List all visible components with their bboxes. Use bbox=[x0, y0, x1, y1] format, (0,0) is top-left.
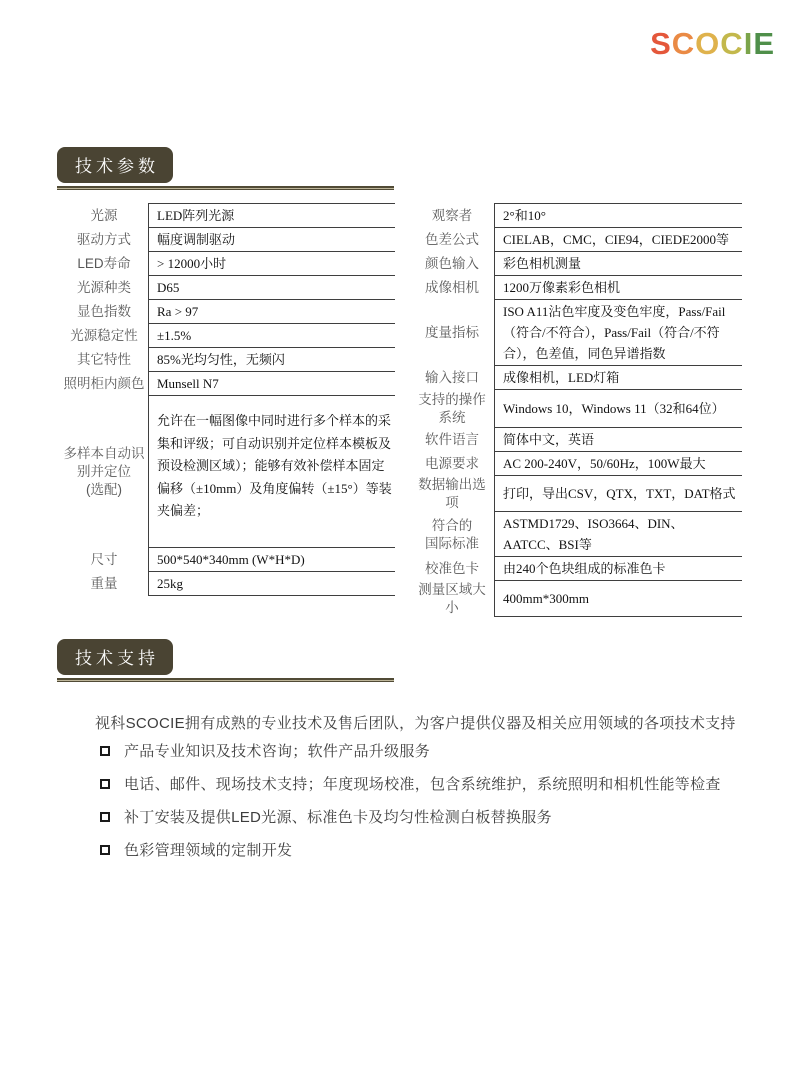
table-row: 显色指数 Ra > 97 bbox=[60, 300, 395, 324]
spec-value: D65 bbox=[148, 276, 395, 300]
table-row: 软件语言 简体中文，英语 bbox=[410, 428, 742, 452]
spec-value: 500*540*340mm (W*H*D) bbox=[148, 548, 395, 572]
bullet-text: 色彩管理领域的定制开发 bbox=[124, 842, 292, 860]
spec-label: 观察者 bbox=[410, 203, 494, 228]
spec-label: 颜色输入 bbox=[410, 252, 494, 276]
table-row: 光源种类 D65 bbox=[60, 276, 395, 300]
support-bullet-list: 产品专业知识及技术咨询；软件产品升级服务 电话、邮件、现场技术支持；年度现场校准… bbox=[99, 743, 743, 875]
spec-label: 显色指数 bbox=[60, 300, 148, 324]
spec-label: 照明柜内颜色 bbox=[60, 372, 148, 396]
spec-value: 2°和10° bbox=[494, 203, 742, 228]
spec-label: 软件语言 bbox=[410, 428, 494, 452]
table-row: 输入接口 成像相机，LED灯箱 bbox=[410, 366, 742, 390]
spec-value: AC 200-240V，50/60Hz，100W最大 bbox=[494, 452, 742, 476]
table-row: 校准色卡 由240个色块组成的标准色卡 bbox=[410, 557, 742, 581]
table-row: 符合的 国际标准 ASTMD1729、ISO3664、DIN、AATCC、BSI… bbox=[410, 512, 742, 557]
spec-label: 输入接口 bbox=[410, 366, 494, 390]
spec-value: 幅度调制驱动 bbox=[148, 228, 395, 252]
spec-value: Windows 10，Windows 11（32和64位） bbox=[494, 390, 742, 428]
bullet-text: 产品专业知识及技术咨询；软件产品升级服务 bbox=[124, 743, 430, 761]
spec-label: 符合的 国际标准 bbox=[410, 512, 494, 557]
table-row: 度量指标 ISO A11沾色牢度及变色牢度，Pass/Fail（符合/不符合），… bbox=[410, 300, 742, 366]
table-row: 其它特性 85%光均匀性，无频闪 bbox=[60, 348, 395, 372]
spec-tables: 光源 LED阵列光源 驱动方式 幅度调制驱动 LED寿命 > 12000小时 光… bbox=[60, 203, 742, 617]
list-item: 电话、邮件、现场技术支持；年度现场校准，包含系统维护，系统照明和相机性能等检查 bbox=[99, 776, 743, 794]
logo-letter: I bbox=[744, 26, 754, 61]
spec-label: 度量指标 bbox=[410, 300, 494, 366]
table-row: 光源稳定性 ±1.5% bbox=[60, 324, 395, 348]
table-row: 色差公式 CIELAB，CMC，CIE94，CIEDE2000等 bbox=[410, 228, 742, 252]
datasheet-page: SCOCIE 技术参数 光源 LED阵列光源 驱动方式 幅度调制驱动 LED寿命… bbox=[0, 0, 801, 1085]
spec-label: 重量 bbox=[60, 572, 148, 596]
table-row: 重量 25kg bbox=[60, 572, 395, 596]
spec-label: 电源要求 bbox=[410, 452, 494, 476]
spec-label: 尺寸 bbox=[60, 548, 148, 572]
spec-value: 25kg bbox=[148, 572, 395, 596]
spec-label: 支持的操作系统 bbox=[410, 390, 494, 428]
spec-value: 1200万像素彩色相机 bbox=[494, 276, 742, 300]
table-row: 支持的操作系统 Windows 10，Windows 11（32和64位） bbox=[410, 390, 742, 428]
section-title-tech-support: 技术支持 bbox=[57, 639, 173, 675]
spec-value: 打印，导出CSV，QTX，TXT，DAT格式 bbox=[494, 476, 742, 512]
spec-label: 驱动方式 bbox=[60, 228, 148, 252]
table-row: 成像相机 1200万像素彩色相机 bbox=[410, 276, 742, 300]
spec-table-left: 光源 LED阵列光源 驱动方式 幅度调制驱动 LED寿命 > 12000小时 光… bbox=[60, 203, 395, 596]
spec-value: 允许在一幅图像中同时进行多个样本的采集和评级；可自动识别并定位样本模板及预设检测… bbox=[148, 396, 395, 548]
table-row: 颜色输入 彩色相机测量 bbox=[410, 252, 742, 276]
spec-value: Munsell N7 bbox=[148, 372, 395, 396]
logo-letter: O bbox=[695, 26, 720, 61]
spec-value: 简体中文，英语 bbox=[494, 428, 742, 452]
logo-letter: C bbox=[672, 26, 695, 61]
spec-table-right: 观察者 2°和10° 色差公式 CIELAB，CMC，CIE94，CIEDE20… bbox=[410, 203, 742, 617]
bullet-text: 补丁安装及提供LED光源、标准色卡及均匀性检测白板替换服务 bbox=[124, 809, 552, 827]
spec-value: > 12000小时 bbox=[148, 252, 395, 276]
spec-value: ±1.5% bbox=[148, 324, 395, 348]
spec-label: 测量区域大小 bbox=[410, 581, 494, 617]
table-row: 电源要求 AC 200-240V，50/60Hz，100W最大 bbox=[410, 452, 742, 476]
table-row: 观察者 2°和10° bbox=[410, 203, 742, 228]
spec-value: 彩色相机测量 bbox=[494, 252, 742, 276]
section-title-tech-params: 技术参数 bbox=[57, 147, 173, 183]
spec-value: LED阵列光源 bbox=[148, 203, 395, 228]
spec-value: 由240个色块组成的标准色卡 bbox=[494, 557, 742, 581]
table-row: 光源 LED阵列光源 bbox=[60, 203, 395, 228]
table-row: 测量区域大小 400mm*300mm bbox=[410, 581, 742, 617]
spec-value: 85%光均匀性，无频闪 bbox=[148, 348, 395, 372]
bullet-square-icon bbox=[100, 746, 110, 756]
bullet-text: 电话、邮件、现场技术支持；年度现场校准，包含系统维护，系统照明和相机性能等检查 bbox=[124, 776, 721, 794]
spec-value: 400mm*300mm bbox=[494, 581, 742, 617]
spec-label: 数据输出选项 bbox=[410, 476, 494, 512]
spec-label: LED寿命 bbox=[60, 252, 148, 276]
list-item: 补丁安装及提供LED光源、标准色卡及均匀性检测白板替换服务 bbox=[99, 809, 743, 827]
table-row: 驱动方式 幅度调制驱动 bbox=[60, 228, 395, 252]
table-row: 尺寸 500*540*340mm (W*H*D) bbox=[60, 548, 395, 572]
logo-letter: E bbox=[753, 26, 775, 61]
list-item: 产品专业知识及技术咨询；软件产品升级服务 bbox=[99, 743, 743, 761]
divider-tech-params bbox=[57, 186, 394, 190]
logo: SCOCIE bbox=[650, 26, 775, 62]
table-row: 数据输出选项 打印，导出CSV，QTX，TXT，DAT格式 bbox=[410, 476, 742, 512]
table-row: 多样本自动识别并定位 (选配) 允许在一幅图像中同时进行多个样本的采集和评级；可… bbox=[60, 396, 395, 548]
bullet-square-icon bbox=[100, 845, 110, 855]
spec-label: 光源 bbox=[60, 203, 148, 228]
spec-value: ISO A11沾色牢度及变色牢度，Pass/Fail（符合/不符合），Pass/… bbox=[494, 300, 742, 366]
spec-label: 成像相机 bbox=[410, 276, 494, 300]
list-item: 色彩管理领域的定制开发 bbox=[99, 842, 743, 860]
support-intro: 视科SCOCIE拥有成熟的专业技术及售后团队，为客户提供仪器及相关应用领域的各项… bbox=[95, 712, 743, 733]
spec-label: 其它特性 bbox=[60, 348, 148, 372]
spec-label: 光源稳定性 bbox=[60, 324, 148, 348]
table-row: LED寿命 > 12000小时 bbox=[60, 252, 395, 276]
spec-label: 校准色卡 bbox=[410, 557, 494, 581]
table-row: 照明柜内颜色 Munsell N7 bbox=[60, 372, 395, 396]
bullet-square-icon bbox=[100, 779, 110, 789]
spec-label: 光源种类 bbox=[60, 276, 148, 300]
spec-label: 色差公式 bbox=[410, 228, 494, 252]
spec-value: 成像相机，LED灯箱 bbox=[494, 366, 742, 390]
logo-letter: C bbox=[720, 26, 743, 61]
spec-label: 多样本自动识别并定位 (选配) bbox=[60, 396, 148, 548]
logo-letter: S bbox=[650, 26, 672, 61]
spec-value: CIELAB，CMC，CIE94，CIEDE2000等 bbox=[494, 228, 742, 252]
bullet-square-icon bbox=[100, 812, 110, 822]
spec-value: Ra > 97 bbox=[148, 300, 395, 324]
spec-value: ASTMD1729、ISO3664、DIN、AATCC、BSI等 bbox=[494, 512, 742, 557]
divider-tech-support bbox=[57, 678, 394, 682]
